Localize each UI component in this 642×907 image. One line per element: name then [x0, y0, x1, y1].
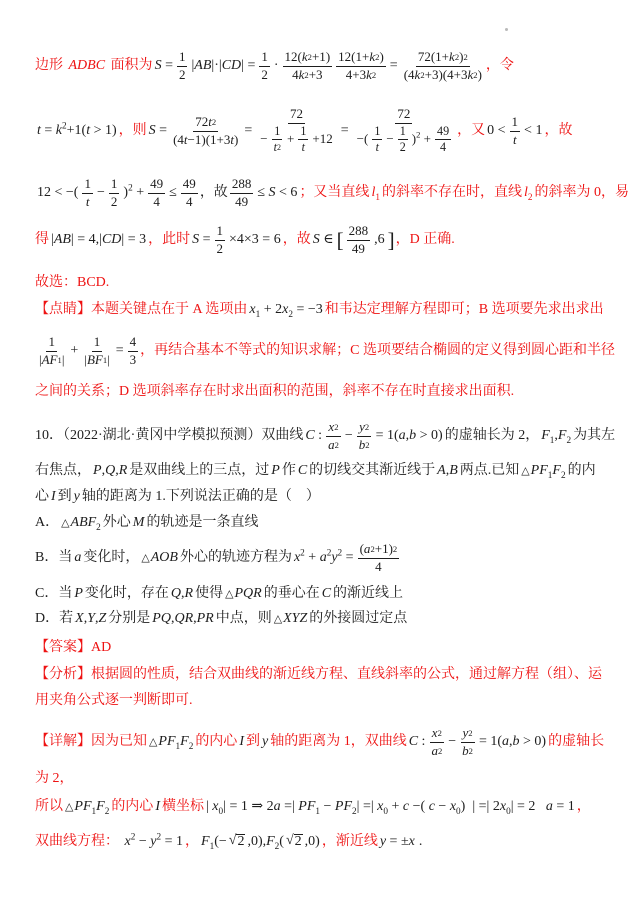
text-run: 之间的关系；D 选项斜率存在时求出面积的范围，斜率不存在时直接求出面积.: [35, 383, 514, 402]
text-run: 10．（2022·湖北·黄冈中学模拟预测）双曲线: [35, 427, 303, 446]
solution-conclusion-line: 得|AB| = 4,|CD| = 3，此时S =12×4×3 = 6，故S ∈[…: [35, 216, 628, 264]
math-run: < 1: [524, 122, 542, 141]
math-run: X,Y,Z: [75, 610, 106, 629]
text-run: 的切线交其渐近线于: [309, 462, 435, 481]
math-run: ,0),F2(: [247, 833, 284, 852]
option-a: A．△ABF2外心M的轨迹是一条直线: [35, 509, 628, 537]
fraction: 72−(1t−12)2 +494: [353, 107, 455, 156]
key-note-line-2: 1|AF1|+1|BF1|=43，再结合基本不等式的知识求解；C 选项要结合椭圆…: [35, 327, 628, 375]
math-run: I: [51, 488, 56, 507]
detail-line-2: 为 2，: [35, 767, 628, 791]
answer-choice-line: 故选：BCD.: [35, 271, 628, 295]
fraction: 1t: [298, 125, 308, 156]
math-run: |AB| = 4,|CD| = 3: [51, 231, 146, 250]
text-run: 的内: [568, 462, 596, 481]
math-run: ADBC: [69, 57, 106, 76]
question-10-stem-line-1: 10．（2022·湖北·黄冈中学模拟预测）双曲线C :x2a2−y2b2= 1(…: [35, 410, 628, 462]
text-run: 用夹角公式逐一判断即可.: [35, 692, 193, 711]
analysis-line-1: 【分析】根据圆的性质，结合双曲线的渐近线方程、直线斜率的公式，通过解方程（组）、…: [35, 662, 628, 688]
text-run: 的垂心在: [264, 585, 320, 604]
math-run: y = ±x: [380, 833, 415, 852]
fraction: x2a2: [429, 726, 444, 759]
math-run: .: [419, 833, 423, 852]
fraction: 1|AF1|: [37, 335, 66, 368]
fraction: 494: [148, 177, 165, 210]
text-run: 右焦点，: [35, 462, 91, 481]
text-run: B．当: [35, 549, 72, 568]
key-note-line-1: 【点睛】本题关键点在于 A 选项由x1 + 2x2 = −3和韦达定理解方程即可…: [35, 297, 628, 323]
text-run: 到: [246, 733, 260, 752]
math-run: I: [155, 798, 160, 817]
text-run: 变化时，存在: [85, 585, 169, 604]
analysis-line-2: 用夹角公式逐一判断即可.: [35, 688, 628, 714]
text-run: 作: [282, 462, 296, 481]
text-run: 的虚轴长: [548, 733, 604, 752]
math-run: x1 + 2x2 = −3: [249, 301, 322, 320]
math-run: A,B: [437, 462, 458, 481]
fraction: x2a2: [326, 420, 341, 453]
math-run: = 1(a,b > 0): [376, 427, 443, 446]
solution-substitution-line: t = k2+1(t > 1)，则S =72t2(4t−1)(1+3t)=72−…: [35, 98, 628, 164]
text-run: 分别是: [108, 610, 150, 629]
text-run: 的虚轴长为 2，: [445, 427, 540, 446]
solution-inequality-line: 12 < −(1t−12)2 +494≤494，故28849≤ S < 6；又当…: [35, 168, 628, 218]
math-run: =: [390, 57, 398, 76]
question-10-stem-line-2: 右焦点，P,Q,R是双曲线上的三点，过P作C的切线交其渐近线于A,B两点.已知△…: [35, 458, 628, 484]
math-run: S ∈: [313, 231, 334, 250]
fraction: 1t: [82, 177, 93, 210]
document-page: 边形 ADBC 面积为S =12|AB|·|CD| =12·12(k2+1)4k…: [0, 0, 642, 907]
text-run: A．: [35, 514, 59, 533]
math-run: +: [70, 342, 78, 361]
fraction: 43: [128, 335, 139, 368]
math-run: l1: [371, 184, 380, 203]
math-run: 12 < −(: [37, 184, 78, 203]
text-run: 的内心: [111, 798, 153, 817]
detail-line-4: 双曲线方程： x2 − y2 = 1，F1(−√2,0),F2(√2,0)，渐近…: [35, 822, 628, 862]
text-run: 和韦达定理解方程即可；B 选项要先求出求出: [325, 301, 604, 320]
text-run: ，再结合基本不等式的知识求解；C 选项要结合椭圆的定义得到圆心距和半径: [140, 342, 615, 361]
math-run: a: [74, 549, 81, 568]
question-10-stem-line-3: 心I到y轴的距离为 1.下列说法正确的是（ ）: [35, 484, 628, 510]
text-run: 是双曲线上的三点，过: [129, 462, 269, 481]
text-run: ，渐近线: [322, 833, 378, 852]
text-run: ，故: [283, 231, 311, 250]
text-run: 【点睛】本题关键点在于 A 选项由: [35, 301, 247, 320]
solution-area-line-1: 边形 ADBC 面积为S =12|AB|·|CD| =12·12(k2+1)4k…: [35, 36, 628, 96]
math-run: x2 + a2y2 =: [294, 549, 354, 568]
text-run: 中点，则: [216, 610, 272, 629]
fraction: 494: [181, 177, 198, 210]
text-run: 的轨迹是一条直线: [146, 514, 258, 533]
math-run: ×4×3 = 6: [229, 231, 281, 250]
text-run: 轴的距离为 1，双曲线: [270, 733, 407, 752]
fraction: 72(1+k2)2(4k2+3)(4+3k2): [402, 50, 484, 83]
key-note-line-3: 之间的关系；D 选项斜率存在时求出面积的范围，斜率不存在时直接求出面积.: [35, 379, 628, 405]
fraction: 494: [435, 125, 451, 156]
math-run: x2 − y2 = 1: [125, 833, 184, 852]
math-run: y: [262, 733, 268, 752]
math-run: t = k2+1(t > 1): [37, 122, 117, 141]
math-run: F1(−: [201, 833, 227, 852]
math-run: +: [287, 132, 294, 147]
text-run: 的外接圆过定点: [309, 610, 407, 629]
math-run: C: [322, 585, 331, 604]
text-run: 的渐近线上: [333, 585, 403, 604]
math-run: ,6: [374, 231, 385, 250]
text-run: 横坐标: [162, 798, 204, 817]
text-run: 【答案】AD: [35, 639, 111, 658]
dust-speck: [505, 28, 508, 31]
text-run: ，又: [457, 122, 485, 141]
fraction: 12(1+k2)4+3k2: [336, 50, 386, 83]
text-run: 外心的轨迹方程为: [180, 549, 292, 568]
fraction: 12: [215, 224, 226, 257]
math-run: y: [74, 488, 80, 507]
option-c: C．当P变化时，存在Q,R使得△PQR的垂心在C的渐近线上: [35, 581, 628, 607]
text-run: C．当: [35, 585, 72, 604]
math-run: △ABF2: [61, 514, 101, 533]
math-run: −(: [357, 132, 369, 147]
text-run: 得: [35, 231, 49, 250]
math-run: F1,F2: [541, 427, 571, 446]
text-run: 所以: [35, 798, 63, 817]
math-run: S =: [155, 57, 173, 76]
text-run: 故选：BCD.: [35, 274, 109, 293]
fraction: 12: [398, 125, 408, 156]
math-run: )2 +: [123, 184, 144, 203]
text-run: 的斜率为 0，易: [534, 184, 629, 203]
math-run: −: [345, 427, 353, 446]
math-run: PQ,QR,PR: [152, 610, 213, 629]
option-d: D．若X,Y,Z分别是PQ,QR,PR中点，则△XYZ的外接圆过定点: [35, 606, 628, 632]
text-run: 【详解】因为已知: [35, 733, 147, 752]
text-run: 心: [35, 488, 49, 507]
math-run: C :: [305, 427, 322, 446]
big-bracket: ]: [388, 230, 395, 251]
math-run: P: [271, 462, 280, 481]
option-b: B．当a变化时，△AOB外心的轨迹方程为x2 + a2y2 =(a2+1)24: [35, 535, 628, 581]
math-run: Q,R: [171, 585, 193, 604]
math-run: l2: [524, 184, 533, 203]
math-run: S =: [192, 231, 210, 250]
text-run: ，此时: [148, 231, 190, 250]
text-run: D．若: [35, 610, 73, 629]
math-run: 0 <: [487, 122, 505, 141]
math-run: C :: [409, 733, 426, 752]
math-run: |AB|·|CD| =: [191, 57, 255, 76]
text-run: 的斜率不存在时，直线: [382, 184, 522, 203]
text-run: 【分析】根据圆的性质，结合双曲线的渐近线方程、直线斜率的公式，通过解方程（组）、…: [35, 666, 602, 685]
math-run: M: [133, 514, 145, 533]
math-run: = 1(a,b > 0): [479, 733, 546, 752]
math-run: P: [74, 585, 83, 604]
text-run: 为 2，: [35, 770, 74, 789]
text-run: ，故: [200, 184, 228, 203]
math-run: ≤: [169, 184, 177, 203]
text-run: 外心: [103, 514, 131, 533]
math-run: =: [244, 122, 252, 141]
math-run: −: [386, 132, 393, 147]
detail-line-3: 所以△PF1F2的内心I横坐标| x0| = 1 ⇒ 2a =| PF1 − P…: [35, 790, 628, 824]
math-run: I: [239, 733, 244, 752]
fraction: 12(k2+1)4k2+3: [283, 50, 333, 83]
sqrt-expression: √2: [229, 834, 246, 850]
text-run: 轴的距离为 1.下列说法正确的是（ ）: [82, 488, 320, 507]
fraction: y2b2: [357, 420, 372, 453]
answer-label-line: 【答案】AD: [35, 635, 628, 661]
big-bracket: [: [337, 230, 344, 251]
fraction: 72t2(4t−1)(1+3t): [171, 115, 240, 148]
fraction: 12: [177, 50, 188, 83]
text-run: 到: [58, 488, 72, 507]
math-run: ·: [274, 57, 279, 76]
text-run: ，则: [119, 122, 147, 141]
math-run: )2 +: [412, 132, 431, 147]
math-run: C: [298, 462, 307, 481]
text-run: ，: [577, 798, 591, 817]
text-run: 两点.已知: [460, 462, 520, 481]
fraction: 1|BF1|: [82, 335, 111, 368]
text-run: ，令: [486, 57, 514, 76]
fraction: 72−1t2+1t+12: [256, 107, 336, 156]
text-run: 使得: [195, 585, 223, 604]
fraction: 1t2: [272, 125, 283, 156]
math-run: △PQR: [225, 585, 262, 604]
math-run: ≤ S < 6: [257, 184, 297, 203]
math-run: ,0): [305, 833, 320, 852]
text-run: 双曲线方程：: [35, 833, 123, 852]
math-run: S =: [149, 122, 167, 141]
math-run: =: [341, 122, 349, 141]
sqrt-expression: √2: [286, 834, 303, 850]
text-run: 为其左: [573, 427, 615, 446]
fraction: 1t: [372, 125, 382, 156]
text-run: 边形: [35, 57, 67, 76]
math-run: △AOB: [141, 549, 178, 568]
fraction: 12: [109, 177, 120, 210]
detail-line-1: 【详解】因为已知△PF1F2的内心I到y轴的距离为 1，双曲线C :x2a2−y…: [35, 716, 628, 768]
text-run: ，故: [544, 122, 572, 141]
fraction: 28849: [230, 177, 254, 210]
text-run: ；又当直线: [299, 184, 369, 203]
math-run: △PF1F2: [65, 798, 109, 817]
text-run: 的内心: [195, 733, 237, 752]
math-run: −: [448, 733, 456, 752]
math-run: △PF1F2: [521, 462, 565, 481]
fraction: (a2+1)24: [358, 542, 400, 575]
text-run: 变化时，: [83, 549, 139, 568]
fraction: 1t: [510, 115, 521, 148]
math-run: △PF1F2: [149, 733, 193, 752]
math-run: △XYZ: [274, 610, 308, 629]
text-run: ，D 正确.: [396, 231, 455, 250]
text-run: ，: [185, 833, 199, 852]
fraction: 12: [259, 50, 270, 83]
math-run: P,Q,R: [93, 462, 127, 481]
fraction: y2b2: [460, 726, 475, 759]
math-run: =: [116, 342, 124, 361]
math-run: −: [260, 132, 267, 147]
math-run: +12: [312, 132, 332, 147]
math-run: −: [97, 184, 105, 203]
fraction: 28849: [347, 224, 371, 257]
math-run: | x0| = 1 ⇒ 2a =| PF1 − PF2| =| x0 + c −…: [206, 798, 575, 817]
text-run: 面积为: [107, 57, 153, 76]
